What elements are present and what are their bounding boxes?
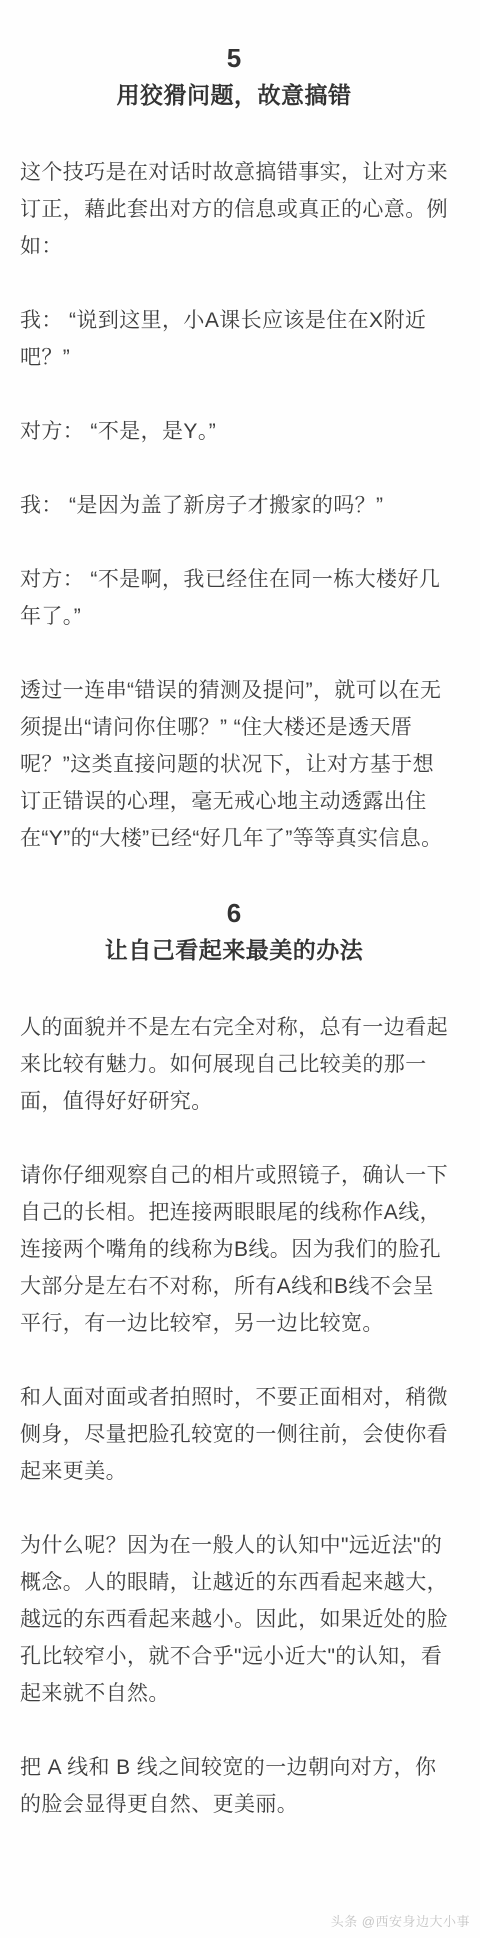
section-title: 让自己看起来最美的办法 bbox=[20, 932, 448, 969]
paragraph-final-advice: 把 A 线和 B 线之间较宽的一边朝向对方，你的脸会显得更自然、更美丽。 bbox=[20, 1749, 448, 1823]
watermark-credit: 头条 @西安身边大小事 bbox=[331, 1914, 470, 1930]
section-5: 5 用狡猾问题，故意搞错 这个技巧是在对话时故意搞错事实，让对方来订正，藉此套出… bbox=[20, 40, 448, 857]
paragraph-perspective-reason: 为什么呢？因为在一般人的认知中"远近法"的概念。人的眼睛，让越近的东西看起来越大… bbox=[20, 1527, 448, 1712]
dialogue-line-me-2: 我： “是因为盖了新房子才搬家的吗？” bbox=[20, 487, 448, 524]
dialogue-line-me-1: 我： “说到这里，小A课长应该是住在X附近吧？” bbox=[20, 302, 448, 376]
section-6: 6 让自己看起来最美的办法 人的面貌并不是左右完全对称，总有一边看起来比较有魅力… bbox=[20, 895, 448, 1823]
article-page: 5 用狡猾问题，故意搞错 这个技巧是在对话时故意搞错事实，让对方来订正，藉此套出… bbox=[0, 0, 480, 1938]
paragraph-intro: 这个技巧是在对话时故意搞错事实，让对方来订正，藉此套出对方的信息或真正的心意。例… bbox=[20, 154, 448, 265]
paragraph-a-b-lines: 请你仔细观察自己的相片或照镜子，确认一下自己的长相。把连接两眼眼尾的线称作A线，… bbox=[20, 1157, 448, 1342]
dialogue-line-other-2: 对方： “不是啊，我已经住在同一栋大楼好几年了。” bbox=[20, 561, 448, 635]
paragraph-posing-tip: 和人面对面或者拍照时，不要正面相对，稍微侧身，尽量把脸孔较宽的一侧往前，会使你看… bbox=[20, 1379, 448, 1490]
section-number: 6 bbox=[20, 895, 448, 932]
section-number: 5 bbox=[20, 40, 448, 77]
paragraph-conclusion: 透过一连串“错误的猜测及提问”，就可以在无须提出“请问你住哪？” “住大楼还是透… bbox=[20, 672, 448, 857]
dialogue-line-other-1: 对方： “不是，是Y。” bbox=[20, 413, 448, 450]
section-title: 用狡猾问题，故意搞错 bbox=[20, 77, 448, 114]
paragraph-face-symmetry: 人的面貌并不是左右完全对称，总有一边看起来比较有魅力。如何展现自己比较美的那一面… bbox=[20, 1009, 448, 1120]
